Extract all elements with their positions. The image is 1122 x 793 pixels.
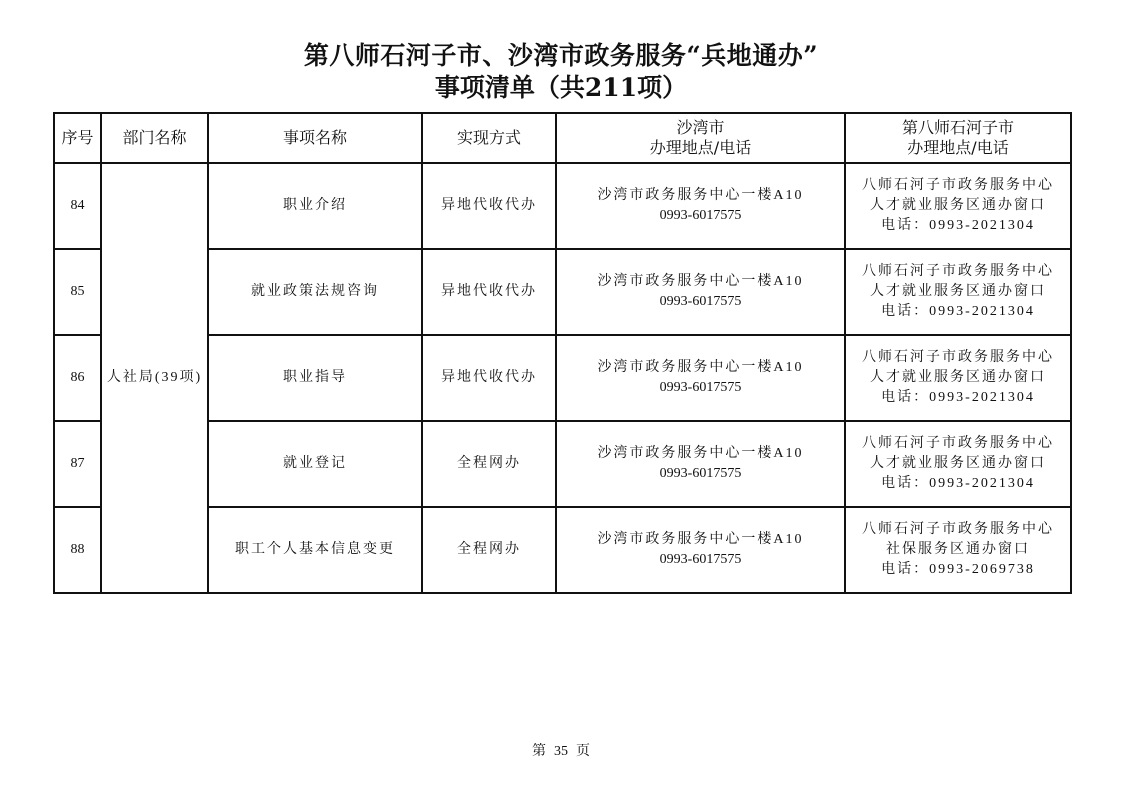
page-prefix: 第 — [532, 744, 546, 759]
shihezi-center: 八师石河子市政务服务中心 — [846, 348, 1070, 368]
row-index: 85 — [54, 249, 101, 335]
shawan-phone: 0993-6017575 — [557, 378, 844, 398]
table-row: 84 人社局(39项) 职业介绍 异地代收代办 沙湾市政务服务中心一楼A10 0… — [54, 163, 1071, 249]
header-shihezi-location: 第八师石河子市 办理地点/电话 — [845, 113, 1071, 163]
row-index: 88 — [54, 507, 101, 593]
header-department: 部门名称 — [101, 113, 208, 163]
shihezi-phone: 电话：0993-2021304 — [846, 474, 1070, 494]
header-shihezi-line-2: 办理地点/电话 — [846, 138, 1070, 158]
header-item-name: 事项名称 — [208, 113, 422, 163]
method: 异地代收代办 — [422, 335, 556, 421]
method: 异地代收代办 — [422, 249, 556, 335]
shihezi-location: 八师石河子市政务服务中心 人才就业服务区通办窗口 电话：0993-2021304 — [845, 335, 1071, 421]
shawan-location: 沙湾市政务服务中心一楼A10 0993-6017575 — [556, 335, 845, 421]
header-shawan-line-1: 沙湾市 — [557, 118, 844, 138]
shawan-address: 沙湾市政务服务中心一楼A10 — [557, 186, 844, 206]
shihezi-center: 八师石河子市政务服务中心 — [846, 262, 1070, 282]
shawan-location: 沙湾市政务服务中心一楼A10 0993-6017575 — [556, 249, 845, 335]
shawan-location: 沙湾市政务服务中心一楼A10 0993-6017575 — [556, 421, 845, 507]
shawan-address: 沙湾市政务服务中心一楼A10 — [557, 272, 844, 292]
header-shawan-line-2: 办理地点/电话 — [557, 138, 844, 158]
item-name: 职工个人基本信息变更 — [208, 507, 422, 593]
row-index: 86 — [54, 335, 101, 421]
shihezi-window: 人才就业服务区通办窗口 — [846, 282, 1070, 302]
shihezi-location: 八师石河子市政务服务中心 人才就业服务区通办窗口 电话：0993-2021304 — [845, 421, 1071, 507]
document-title-line-1: 第八师石河子市、沙湾市政务服务“兵地通办” — [0, 40, 1122, 72]
shihezi-location: 八师石河子市政务服务中心 人才就业服务区通办窗口 电话：0993-2021304 — [845, 249, 1071, 335]
shihezi-window: 社保服务区通办窗口 — [846, 540, 1070, 560]
shihezi-window: 人才就业服务区通办窗口 — [846, 454, 1070, 474]
header-shawan-location: 沙湾市 办理地点/电话 — [556, 113, 845, 163]
item-name: 职业指导 — [208, 335, 422, 421]
shihezi-phone: 电话：0993-2069738 — [846, 560, 1070, 580]
shihezi-phone: 电话：0993-2021304 — [846, 388, 1070, 408]
shawan-address: 沙湾市政务服务中心一楼A10 — [557, 530, 844, 550]
page-number-footer: 第35页 — [0, 740, 1122, 760]
shawan-address: 沙湾市政务服务中心一楼A10 — [557, 444, 844, 464]
department-cell: 人社局(39项) — [101, 163, 208, 593]
shihezi-location: 八师石河子市政务服务中心 社保服务区通办窗口 电话：0993-2069738 — [845, 507, 1071, 593]
header-shihezi-line-1: 第八师石河子市 — [846, 118, 1070, 138]
shawan-phone: 0993-6017575 — [557, 550, 844, 570]
row-index: 84 — [54, 163, 101, 249]
document-title-line-2: 事项清单（共211项） — [0, 72, 1122, 104]
header-index: 序号 — [54, 113, 101, 163]
item-name: 就业政策法规咨询 — [208, 249, 422, 335]
header-method: 实现方式 — [422, 113, 556, 163]
shihezi-center: 八师石河子市政务服务中心 — [846, 434, 1070, 454]
table-header-row: 序号 部门名称 事项名称 实现方式 沙湾市 办理地点/电话 第八师石河子市 办理… — [54, 113, 1071, 163]
service-items-table: 序号 部门名称 事项名称 实现方式 沙湾市 办理地点/电话 第八师石河子市 办理… — [53, 112, 1072, 594]
shawan-phone: 0993-6017575 — [557, 292, 844, 312]
shawan-phone: 0993-6017575 — [557, 464, 844, 484]
shawan-location: 沙湾市政务服务中心一楼A10 0993-6017575 — [556, 163, 845, 249]
item-name: 职业介绍 — [208, 163, 422, 249]
shihezi-center: 八师石河子市政务服务中心 — [846, 176, 1070, 196]
method: 全程网办 — [422, 421, 556, 507]
row-index: 87 — [54, 421, 101, 507]
page-suffix: 页 — [576, 744, 590, 759]
method: 全程网办 — [422, 507, 556, 593]
shawan-location: 沙湾市政务服务中心一楼A10 0993-6017575 — [556, 507, 845, 593]
shihezi-phone: 电话：0993-2021304 — [846, 302, 1070, 322]
shihezi-location: 八师石河子市政务服务中心 人才就业服务区通办窗口 电话：0993-2021304 — [845, 163, 1071, 249]
page-number: 35 — [554, 744, 568, 759]
shawan-address: 沙湾市政务服务中心一楼A10 — [557, 358, 844, 378]
shihezi-window: 人才就业服务区通办窗口 — [846, 196, 1070, 216]
shihezi-center: 八师石河子市政务服务中心 — [846, 520, 1070, 540]
item-name: 就业登记 — [208, 421, 422, 507]
shihezi-window: 人才就业服务区通办窗口 — [846, 368, 1070, 388]
method: 异地代收代办 — [422, 163, 556, 249]
shawan-phone: 0993-6017575 — [557, 206, 844, 226]
shihezi-phone: 电话：0993-2021304 — [846, 216, 1070, 236]
